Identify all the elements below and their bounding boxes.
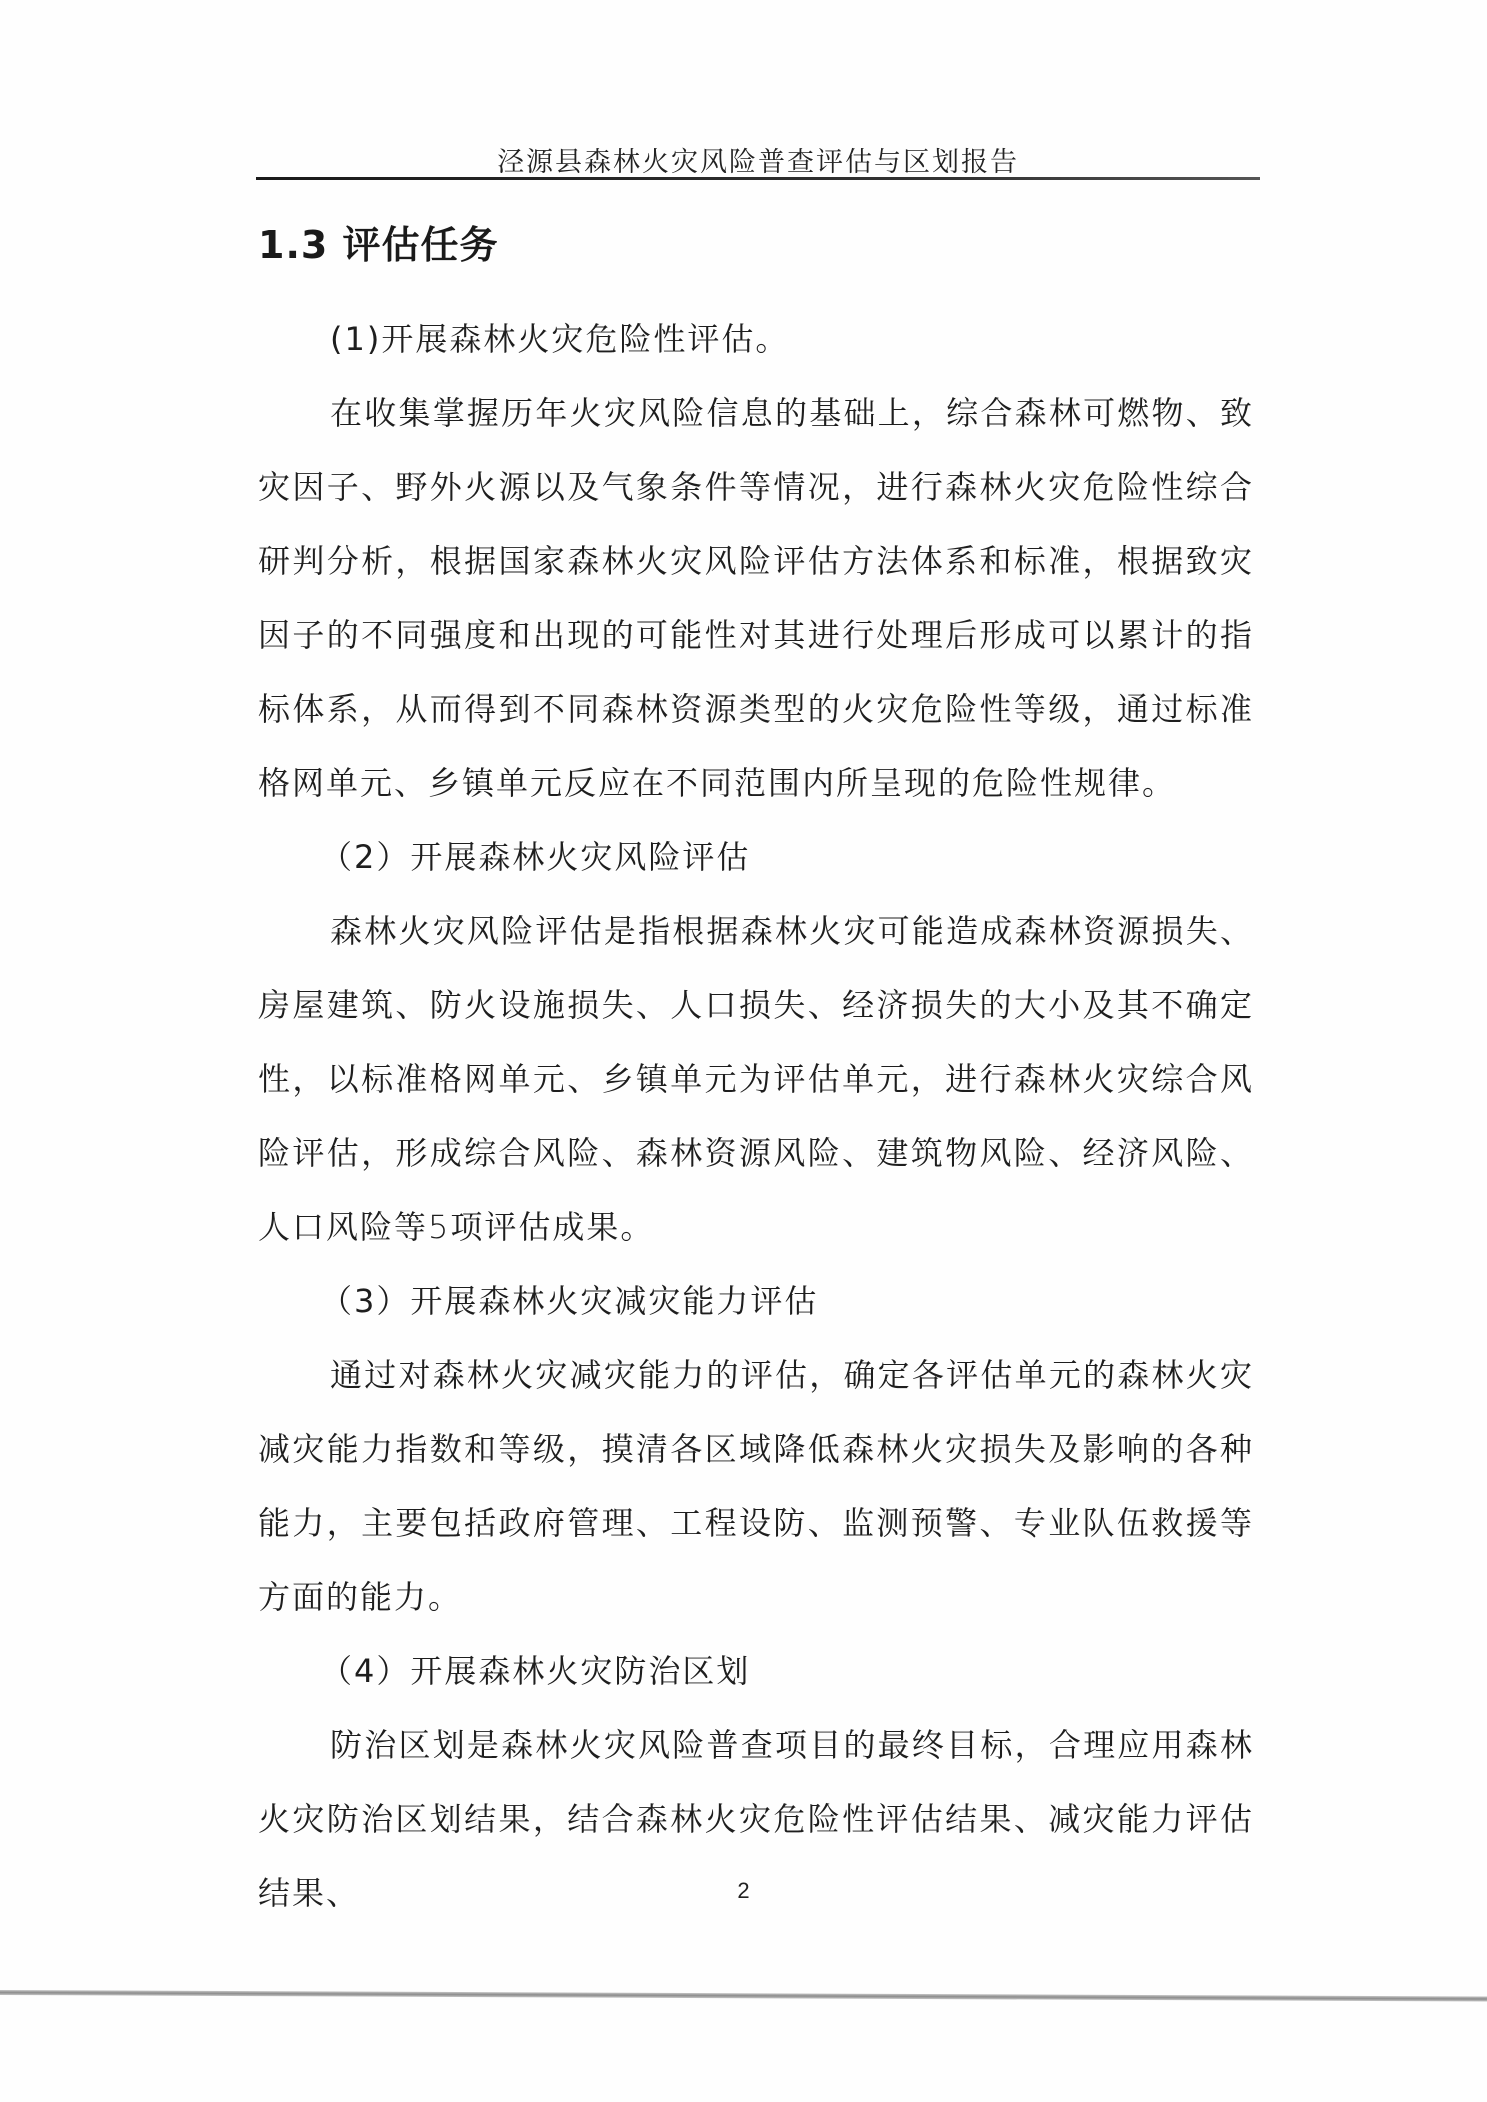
subhead-1: (1)开展森林火灾危险性评估。 bbox=[258, 302, 1254, 376]
header-rule bbox=[256, 177, 1260, 180]
scan-edge-line bbox=[0, 1990, 1487, 2001]
subhead-3: （3）开展森林火灾减灾能力评估 bbox=[258, 1264, 1254, 1338]
subhead-2: （2）开展森林火灾风险评估 bbox=[258, 820, 1254, 894]
body-text: (1)开展森林火灾危险性评估。 在收集掌握历年火灾风险信息的基础上，综合森林可燃… bbox=[258, 302, 1254, 1930]
paragraph-1: 在收集掌握历年火灾风险信息的基础上，综合森林可燃物、致灾因子、野外火源以及气象条… bbox=[258, 376, 1254, 820]
page-number: 2 bbox=[0, 1878, 1487, 1904]
section-heading: 1.3 评估任务 bbox=[258, 214, 499, 269]
paragraph-2: 森林火灾风险评估是指根据森林火灾可能造成森林资源损失、房屋建筑、防火设施损失、人… bbox=[258, 894, 1254, 1264]
paragraph-3: 通过对森林火灾减灾能力的评估，确定各评估单元的森林火灾减灾能力指数和等级，摸清各… bbox=[258, 1338, 1254, 1634]
subhead-4: （4）开展森林火灾防治区划 bbox=[258, 1634, 1254, 1708]
document-page: 泾源县森林火灾风险普查评估与区划报告 1.3 评估任务 (1)开展森林火灾危险性… bbox=[0, 0, 1487, 2102]
running-header: 泾源县森林火灾风险普查评估与区划报告 bbox=[256, 140, 1260, 179]
